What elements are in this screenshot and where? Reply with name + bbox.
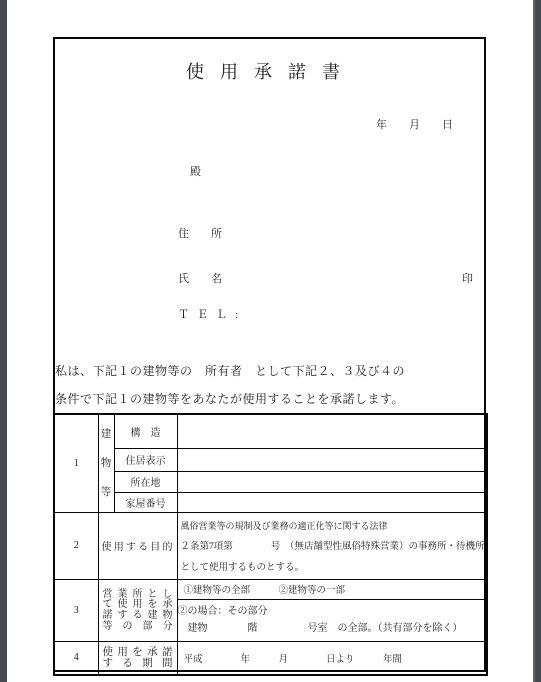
portion-label-cell: 営業所とし て使用を承 諾する建物 等の部分	[98, 579, 177, 641]
portion-label: 営業所とし て使用を承 諾する建物 等の部分	[99, 588, 177, 632]
structure-value-cell	[177, 414, 487, 448]
structure-label-cell: 構 造	[114, 414, 177, 448]
period-label-cell: 使用を承諾 する期間	[98, 641, 177, 675]
row3-portion-options: 3 営業所とし て使用を承 諾する建物 等の部分 ①建物等の全部 ②建物等の一部	[54, 579, 487, 599]
row4-number-cell: 4	[54, 641, 98, 675]
row3-number-cell: 3	[54, 579, 98, 641]
address-display-label-cell: 住居表示	[114, 448, 177, 471]
document-title: 使用承諾書	[186, 58, 356, 84]
row2-number-cell: 2	[54, 512, 98, 579]
viewer-left-edge	[0, 0, 7, 682]
purpose-label-cell: 使用する目的	[98, 512, 177, 579]
recipient-honorific: 殿	[190, 163, 201, 179]
portion-case-line1: ②の場合：その部分	[178, 603, 487, 620]
purpose-article-line: ２条第7項第 号 （無店舗型性風俗特殊営業）の事務所・待機所	[178, 537, 487, 558]
purpose-label: 使用する目的	[99, 538, 177, 553]
period-label-line2: する期間	[99, 658, 177, 669]
house-number-value-cell	[177, 492, 487, 512]
portion-detail-cell: ②の場合：その部分 建物 階 号室 の全部。（共有部分を除く）	[177, 599, 487, 641]
period-label-line1: 使用を承諾	[99, 647, 177, 658]
row1-structure: 1 建物等 構 造	[54, 414, 487, 448]
period-content-cell: 平成 年 月 日より 年間	[177, 641, 487, 675]
row1-address-display: 住居表示	[54, 448, 487, 471]
location-label-cell: 所在地	[114, 471, 177, 492]
portion-option-line: ①建物等の全部 ②建物等の一部	[178, 582, 487, 596]
portion-option-cell: ①建物等の全部 ②建物等の一部	[177, 579, 487, 599]
house-number-label-cell: 家屋番号	[114, 492, 177, 512]
portion-label-line4: 等の部分	[99, 622, 177, 633]
document-page: { "header": { "title": "使用承諾書", "date_li…	[0, 0, 541, 682]
address-display-value-cell	[177, 448, 487, 471]
row1-number-cell: 1	[54, 414, 98, 512]
seal-mark: 印	[462, 270, 473, 286]
consent-table: 1 建物等 構 造 住居表示 所在地 家屋番号 2 使用する目的 風俗営業等の規…	[53, 413, 488, 676]
intro-paragraph-line1: 私は、下記１の建物等の 所有者 として下記２、３及び４の	[55, 362, 405, 379]
row4-period: 4 使用を承諾 する期間 平成 年 月 日より 年間	[54, 641, 487, 675]
row1-location: 所在地	[54, 471, 487, 492]
building-group-vertical-label: 建物等	[99, 420, 113, 507]
row2-purpose: 2 使用する目的 風俗営業等の規制及び業務の適正化等に関する法律 ２条第7項第 …	[54, 512, 487, 579]
row1-house-number: 家屋番号	[54, 492, 487, 512]
intro-paragraph-line2: 条件で下記１の建物等をあなたが使用することを承諾します。	[55, 390, 404, 407]
address-label: 住 所	[178, 225, 222, 241]
name-label: 氏 名	[178, 270, 222, 286]
purpose-usage-line: として使用するものとする。	[178, 558, 487, 579]
viewer-right-edge	[533, 0, 541, 682]
portion-label-line3: 諾する建物	[99, 611, 177, 622]
purpose-law-title: 風俗営業等の規制及び業務の適正化等に関する法律	[178, 513, 487, 537]
row1-number: 1	[74, 458, 79, 469]
portion-case-line2: 建物 階 号室 の全部。（共有部分を除く）	[178, 620, 487, 637]
location-value-cell	[177, 471, 487, 492]
building-group-cell: 建物等	[98, 414, 114, 512]
date-blank-line: 年 月 日	[376, 116, 453, 132]
period-line: 平成 年 月 日より 年間	[178, 651, 487, 665]
tel-label: ＴＥＬ:	[178, 306, 246, 322]
purpose-content-cell: 風俗営業等の規制及び業務の適正化等に関する法律 ２条第7項第 号 （無店舗型性風…	[177, 512, 487, 579]
